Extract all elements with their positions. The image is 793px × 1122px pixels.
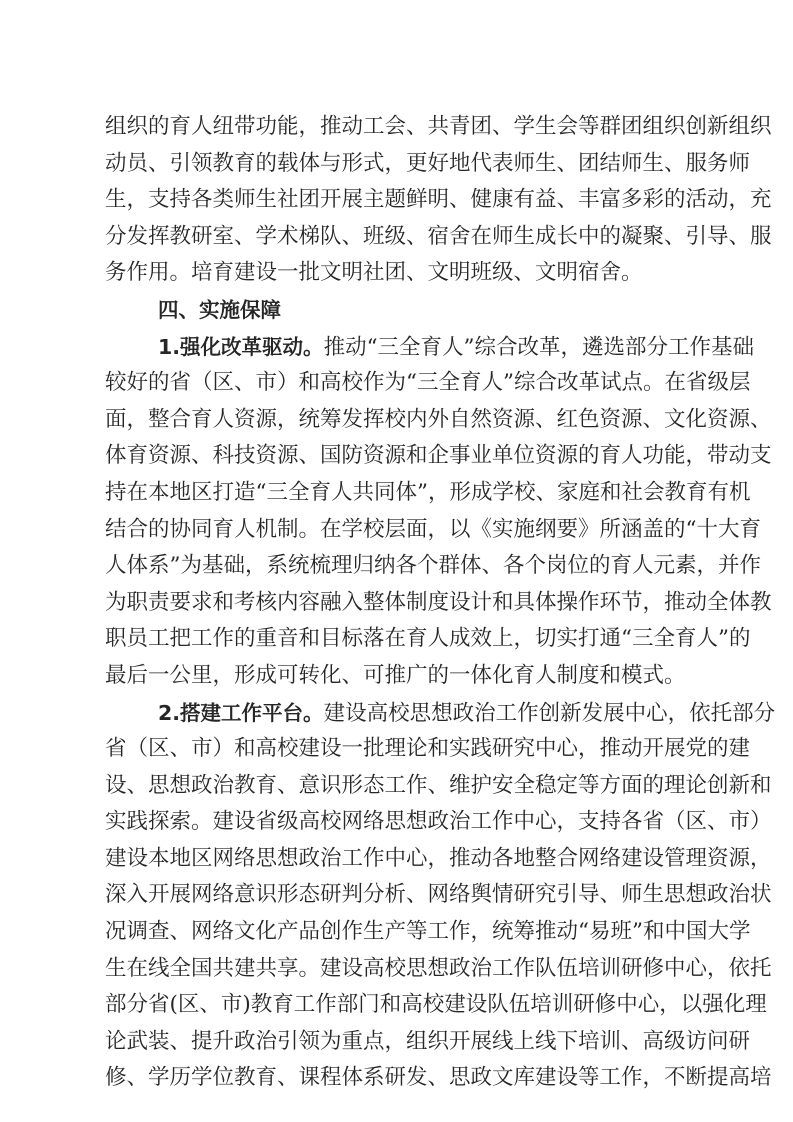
text-line: 生在线全国共建共享。建设高校思想政治工作队伍培训研修中心，依托 (105, 951, 689, 988)
item-2-first-line: 建设高校思想政治工作创新发展中心，依托部分 (324, 701, 776, 726)
text-line: 修、学历学位教育、课程体系研发、思政文库建设等工作，不断提高培 (105, 1060, 689, 1097)
text-line: 2.搭建工作平台。建设高校思想政治工作创新发展中心，依托部分 (105, 695, 689, 732)
text-line: 为职责要求和考核内容融入整体制度设计和具体操作环节，推动全体教 (105, 585, 689, 622)
item-2-paragraph: 2.搭建工作平台。建设高校思想政治工作创新发展中心，依托部分 省（区、市）和高校… (105, 695, 689, 1098)
text-line: 务作用。培育建设一批文明社团、文明班级、文明宿舍。 (105, 255, 689, 292)
text-line: 实践探索。建设省级高校网络思想政治工作中心，支持各省（区、市） (105, 804, 689, 841)
item-1-title: 1.强化改革驱动。 (158, 335, 324, 359)
text-line: 深入开展网络意识形态研判分析、网络舆情研究引导、师生思想政治状 (105, 877, 689, 914)
text-line: 体育资源、科技资源、国防资源和企事业单位资源的育人功能，带动支 (105, 438, 689, 475)
text-line: 持在本地区打造“三全育人共同体”，形成学校、家庭和社会教育有机 (105, 475, 689, 512)
text-line: 结合的协同育人机制。在学校层面，以《实施纲要》所涵盖的“十大育 (105, 512, 689, 549)
text-line: 面，整合育人资源，统筹发挥校内外自然资源、红色资源、文化资源、 (105, 402, 689, 439)
text-line: 人体系”为基础，系统梳理归纳各个群体、各个岗位的育人元素，并作 (105, 548, 689, 585)
item-1-first-line: 推动“三全育人”综合改革，遴选部分工作基础 (324, 335, 755, 360)
text-line: 建设本地区网络思想政治工作中心，推动各地整合网络建设管理资源， (105, 841, 689, 878)
text-line: 论武装、提升政治引领为重点，组织开展线上线下培训、高级访问研 (105, 1024, 689, 1061)
text-line: 动员、引领教育的载体与形式，更好地代表师生、团结师生、服务师 (105, 146, 689, 183)
text-line: 最后一公里，形成可转化、可推广的一体化育人制度和模式。 (105, 658, 689, 695)
item-1-paragraph: 1.强化改革驱动。推动“三全育人”综合改革，遴选部分工作基础 较好的省（区、市）… (105, 329, 689, 695)
item-2-title: 2.搭建工作平台。 (158, 701, 324, 725)
text-line: 况调查、网络文化产品创作生产等工作，统筹推动“易班”和中国大学 (105, 914, 689, 951)
text-line: 生，支持各类师生社团开展主题鲜明、健康有益、丰富多彩的活动，充 (105, 182, 689, 219)
text-line: 职员工把工作的重音和目标落在育人成效上，切实打通“三全育人”的 (105, 621, 689, 658)
text-line: 较好的省（区、市）和高校作为“三全育人”综合改革试点。在省级层 (105, 365, 689, 402)
text-line: 1.强化改革驱动。推动“三全育人”综合改革，遴选部分工作基础 (105, 329, 689, 366)
section-heading: 四、实施保障 (105, 292, 689, 329)
text-line: 组织的育人纽带功能，推动工会、共青团、学生会等群团组织创新组织 (105, 109, 689, 146)
text-line: 部分省(区、市)教育工作部门和高校建设队伍培训研修中心，以强化理 (105, 987, 689, 1024)
text-line: 省（区、市）和高校建设一批理论和实践研究中心，推动开展党的建 (105, 731, 689, 768)
text-line: 设、思想政治教育、意识形态工作、维护安全稳定等方面的理论创新和 (105, 768, 689, 805)
text-line: 分发挥教研室、学术梯队、班级、宿舍在师生成长中的凝聚、引导、服 (105, 219, 689, 256)
document-page: 组织的育人纽带功能，推动工会、共青团、学生会等群团组织创新组织 动员、引领教育的… (105, 109, 689, 1097)
paragraph-continuation: 组织的育人纽带功能，推动工会、共青团、学生会等群团组织创新组织 动员、引领教育的… (105, 109, 689, 292)
